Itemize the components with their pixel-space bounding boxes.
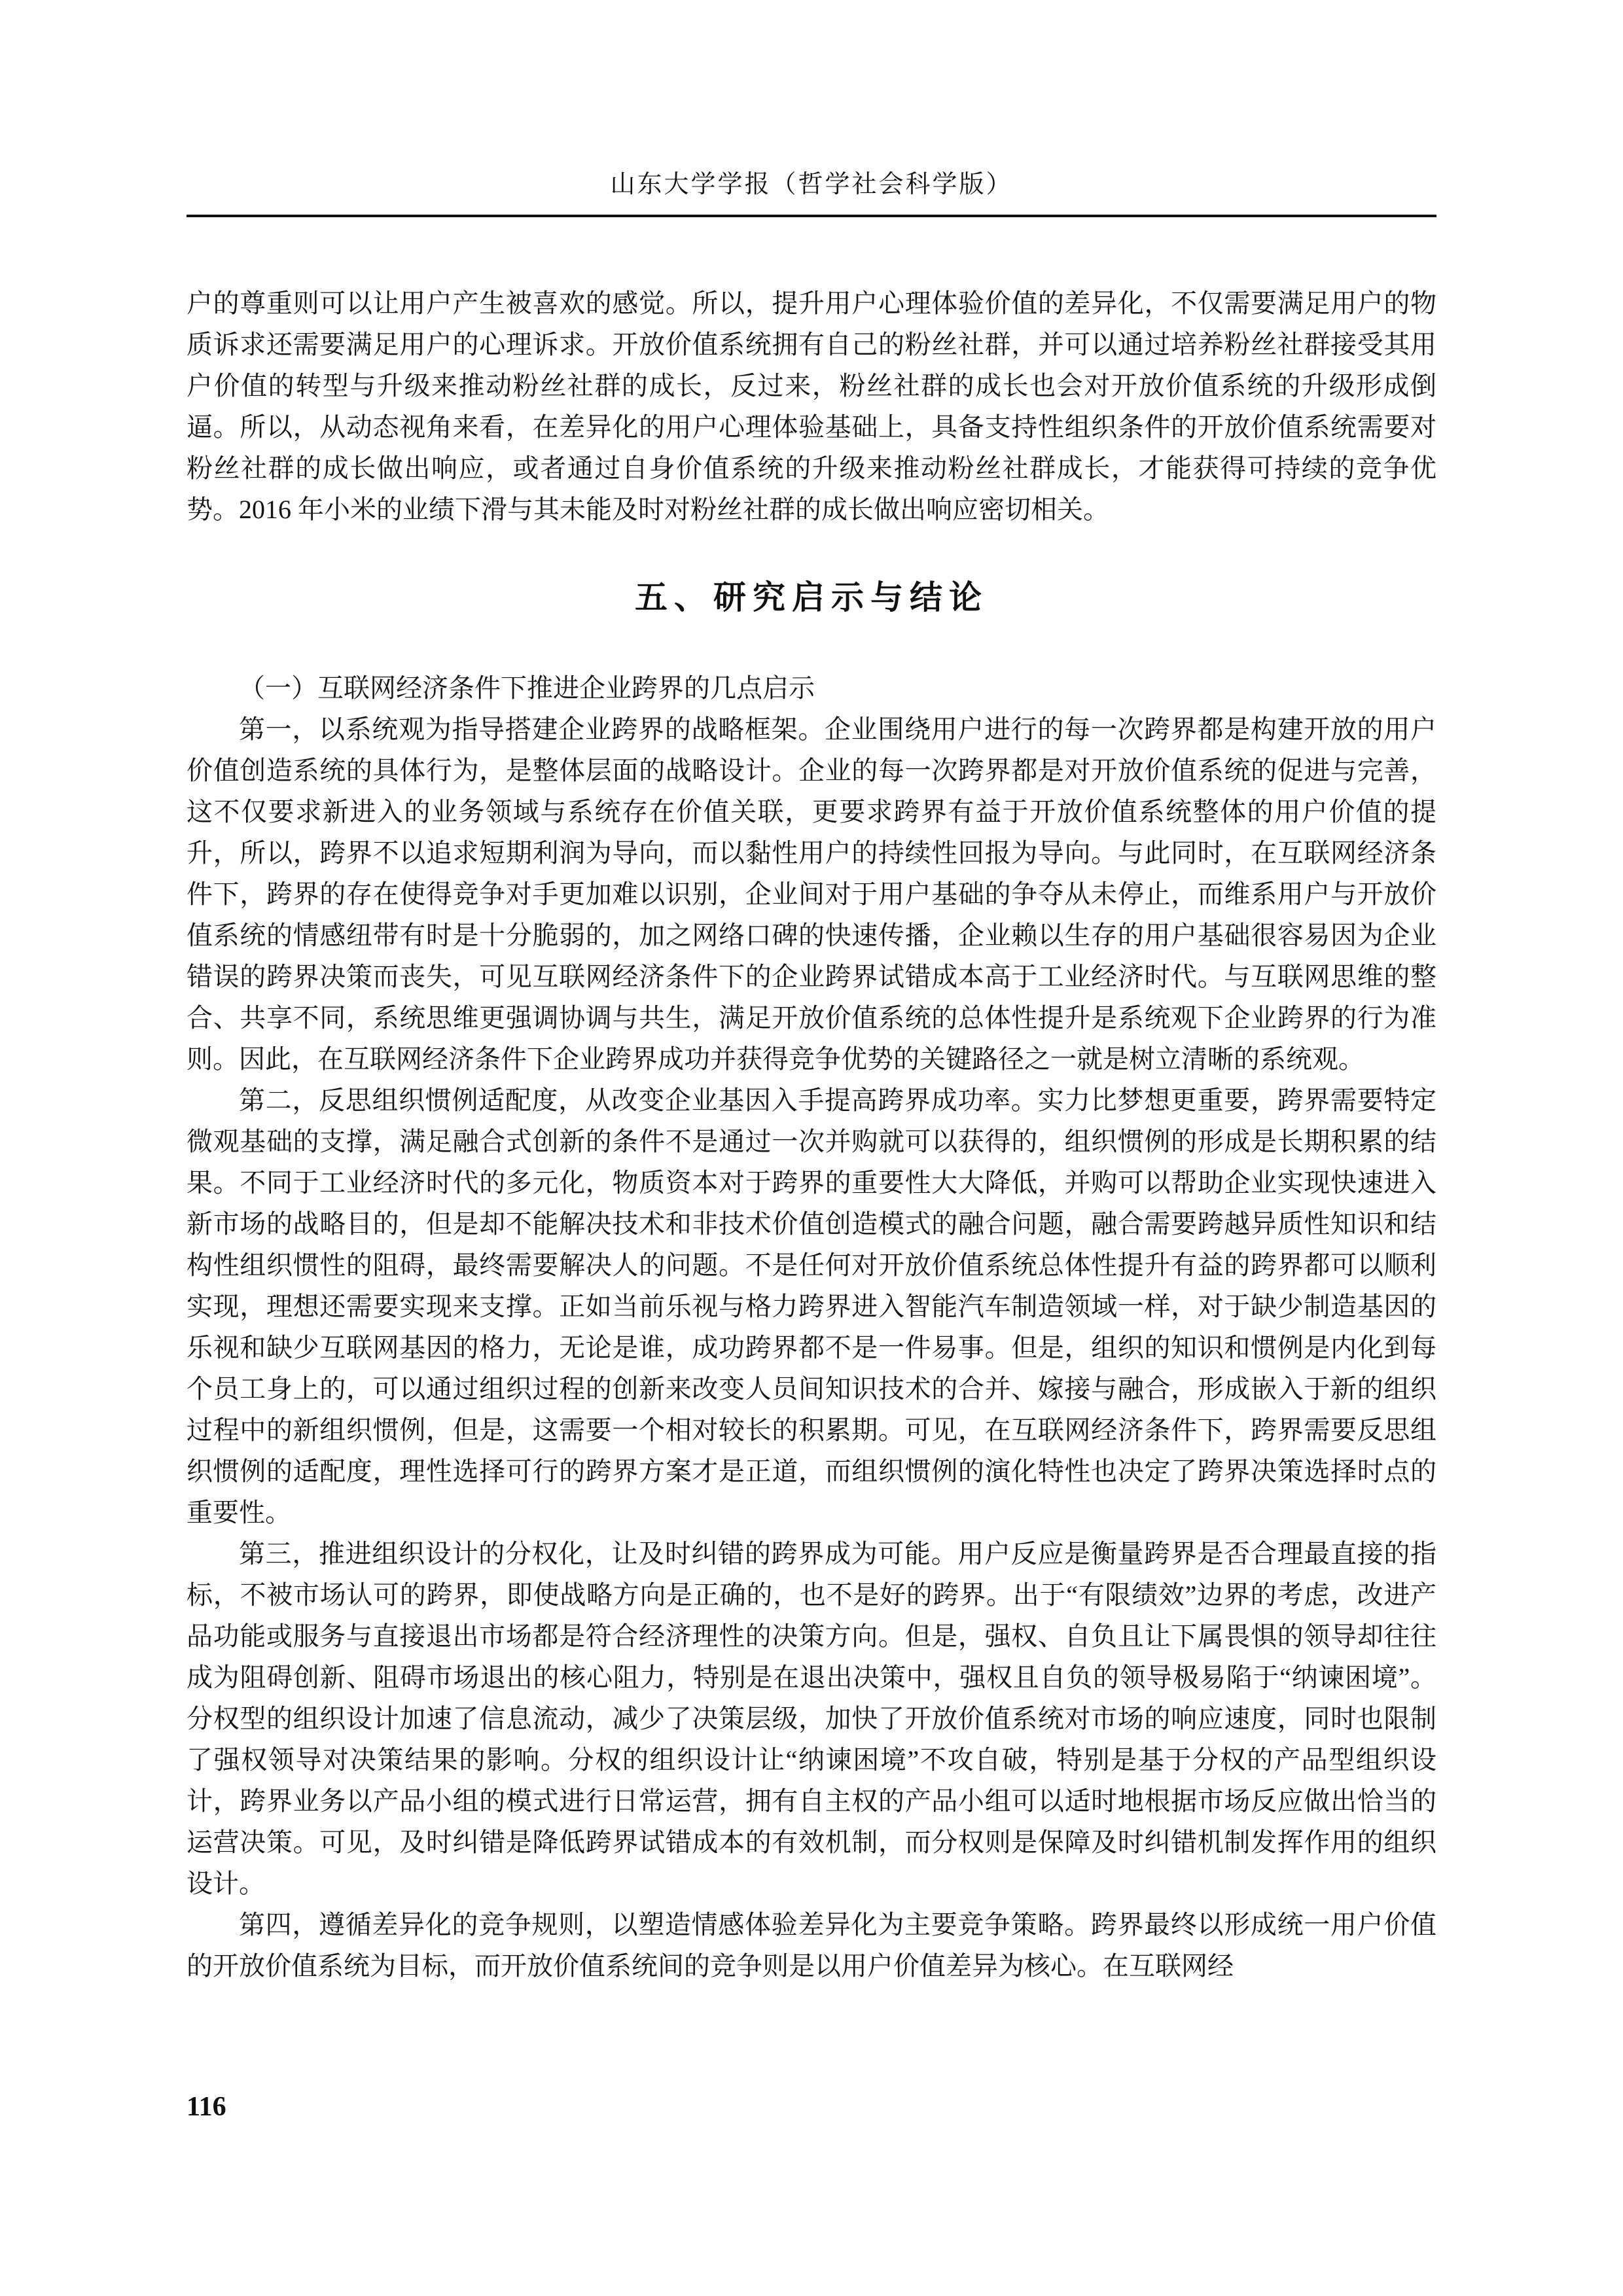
running-head: 山东大学学报（哲学社会科学版）	[187, 0, 1436, 217]
paragraph-third-point: 第三，推进组织设计的分权化，让及时纠错的跨界成为可能。用户反应是衡量跨界是否合理…	[187, 1533, 1436, 1904]
journal-page: { "header": { "journal_title": "山东大学学报（哲…	[0, 0, 1623, 2296]
page-content: 山东大学学报（哲学社会科学版） 户的尊重则可以让用户产生被喜欢的感觉。所以，提升…	[187, 0, 1436, 1987]
journal-title: 山东大学学报（哲学社会科学版）	[187, 169, 1436, 200]
paragraph-fourth-point: 第四，遵循差异化的竞争规则，以塑造情感体验差异化为主要竞争策略。跨界最终以形成统…	[187, 1904, 1436, 1987]
subsection-heading: （一）互联网经济条件下推进企业跨界的几点启示	[187, 667, 1436, 709]
article-body: 户的尊重则可以让用户产生被喜欢的感觉。所以，提升用户心理体验价值的差异化，不仅需…	[187, 283, 1436, 1987]
page-number: 116	[187, 2091, 226, 2123]
paragraph-first-point: 第一，以系统观为指导搭建企业跨界的战略框架。企业围绕用户进行的每一次跨界都是构建…	[187, 709, 1436, 1080]
section-heading: 五、研究启示与结论	[187, 573, 1436, 622]
paragraph-second-point: 第二，反思组织惯例适配度，从改变企业基因入手提高跨界成功率。实力比梦想更重要，跨…	[187, 1080, 1436, 1533]
continued-paragraph: 户的尊重则可以让用户产生被喜欢的感觉。所以，提升用户心理体验价值的差异化，不仅需…	[187, 283, 1436, 530]
header-divider	[187, 215, 1436, 217]
